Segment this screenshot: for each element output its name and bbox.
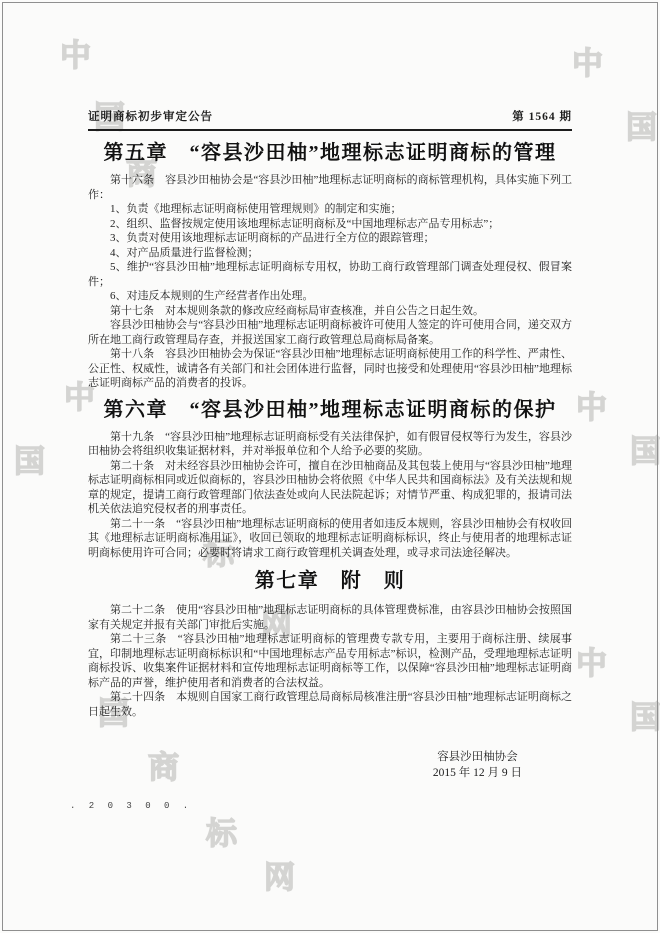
watermark-glyph: 国 (14, 446, 45, 477)
chapter-6-body: 第十九条 “容县沙田柚”地理标志证明商标受有关法律保护，如有假冒侵权等行为发生，… (88, 430, 572, 561)
chapter-6-title: 第六章 “容县沙田柚”地理标志证明商标的保护 (88, 397, 572, 424)
document-content: 证明商标初步审定公告 第 1564 期 第五章 “容县沙田柚”地理标志证明商标的… (88, 0, 572, 781)
watermark-glyph: 国 (630, 436, 660, 467)
article-20: 第二十条 对未经容县沙田柚协会许可，擅自在沙田柚商品及其包装上使用与“容县沙田柚… (88, 459, 572, 517)
watermark-glyph: 网 (264, 862, 295, 893)
article-16-item-6: 6、对违反本规则的生产经营者作出处理。 (88, 289, 572, 304)
watermark-glyph: 国 (630, 702, 660, 733)
article-16-item-2: 2、组织、监督按规定使用该地理标志证明商标及“中国地理标志产品专用标志”； (88, 217, 572, 232)
issue-number: 第 1564 期 (512, 110, 572, 125)
chapter-7-body: 第二十二条 使用“容县沙田柚”地理标志证明商标的具体管理费标准，由容县沙田柚协会… (88, 603, 572, 719)
article-21: 第二十一条 “容县沙田柚”地理标志证明商标的使用者如违反本规则，容县沙田柚协会有… (88, 517, 572, 561)
chapter-5-body: 第十六条 容县沙田柚协会是“容县沙田柚”地理标志证明商标的商标管理机构，具体实施… (88, 173, 572, 391)
article-18: 第十八条 容县沙田柚协会为保证“容县沙田柚”地理标志证明商标使用工作的科学性、严… (88, 347, 572, 391)
article-17: 第十七条 对本规则条款的修改应经商标局审查核准，并自公告之日起生效。 (88, 304, 572, 319)
watermark-glyph: 标 (206, 818, 237, 849)
article-16-item-4: 4、对产品质量进行监督检测； (88, 246, 572, 261)
article-19: 第十九条 “容县沙田柚”地理标志证明商标受有关法律保护，如有假冒侵权等行为发生，… (88, 430, 572, 459)
signature-inner: 容县沙田柚协会 2015 年 12 月 9 日 (433, 749, 522, 781)
article-16-item-3: 3、负责对使用该地理标志证明商标的产品进行全方位的跟踪管理； (88, 231, 572, 246)
watermark-glyph: 中 (576, 648, 607, 679)
article-16-item-5: 5、维护“容县沙田柚”地理标志证明商标专用权，协助工商行政管理部门调查处理侵权、… (88, 260, 572, 289)
gazette-title: 证明商标初步审定公告 (88, 110, 213, 125)
watermark-glyph: 国 (626, 112, 657, 143)
article-16: 第十六条 容县沙田柚协会是“容县沙田柚”地理标志证明商标的商标管理机构，具体实施… (88, 173, 572, 202)
watermark-glyph: 中 (572, 48, 603, 79)
watermark-glyph: 中 (576, 392, 607, 423)
article-23: 第二十三条 “容县沙田柚”地理标志证明商标的管理费专款专用，主要用于商标注册、续… (88, 632, 572, 690)
article-16-item-1: 1、负责《地理标志证明商标使用管理规则》的制定和实施； (88, 202, 572, 217)
article-17-para-2: 容县沙田柚协会与“容县沙田柚”地理标志证明商标被许可使用人签定的许可使用合同，递… (88, 318, 572, 347)
article-22: 第二十二条 使用“容县沙田柚”地理标志证明商标的具体管理费标准，由容县沙田柚协会… (88, 603, 572, 632)
page-code: . 2 0 3 0 0 . (70, 801, 192, 811)
article-24: 第二十四条 本规则自国家工商行政管理总局商标局核准注册“容县沙田柚”地理标志证明… (88, 690, 572, 719)
signature-org: 容县沙田柚协会 (433, 749, 522, 765)
watermark-glyph: 中 (60, 40, 91, 71)
signature-date: 2015 年 12 月 9 日 (433, 765, 522, 781)
chapter-7-title: 第七章 附 则 (88, 568, 572, 595)
gazette-header: 证明商标初步审定公告 第 1564 期 (88, 110, 572, 131)
chapter-5-title: 第五章 “容县沙田柚”地理标志证明商标的管理 (88, 140, 572, 167)
gazette-page: { "header": { "left": "证明商标初步审定公告", "rig… (0, 0, 660, 933)
signature-block: 容县沙田柚协会 2015 年 12 月 9 日 (88, 749, 572, 781)
